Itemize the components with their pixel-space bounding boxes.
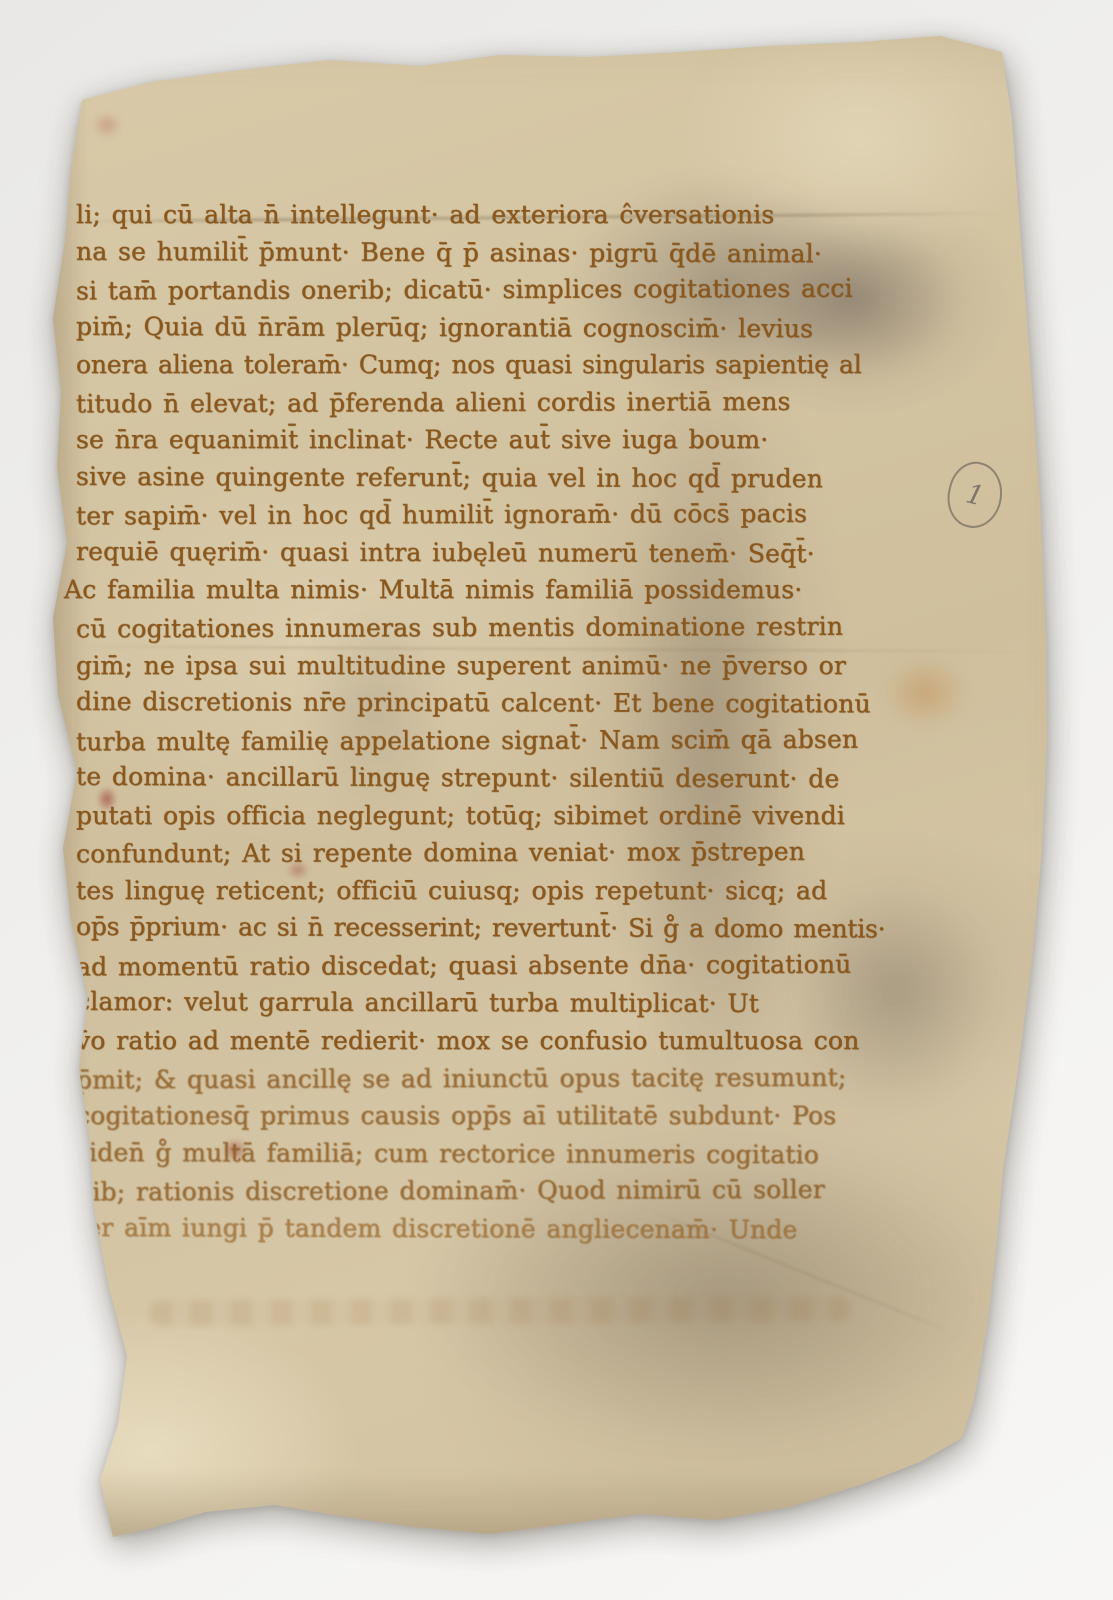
manuscript-line: se n̄ra equanimit̄ inclinat· Recte aut̄ … [76,421,842,459]
fold-crease-vertical [0,0,3,330]
bottom-edge-shading [90,1470,990,1540]
manuscript-line: tes linguę reticent; officiū cuiusq; opi… [76,872,842,910]
manuscript-line: siden̄ g̊ multā familiā; cum rectorice i… [76,1133,842,1173]
manuscript-line: requiē quęrim̄· quasi intra iubęleū nume… [76,533,842,573]
manuscript-line: pim̄; Quia dū n̄rām plerūq; ignorantiā c… [76,307,842,347]
manuscript-line: confundunt; At si repente domina veniat·… [76,833,842,873]
red-stain-top-left [92,112,122,138]
manuscript-line: si tam̄ portandis onerib; dicatū· simpli… [76,270,842,310]
manuscript-line: clamor: velut garrula ancillarū turba mu… [76,983,842,1023]
orange-stain-right-margin [880,655,970,730]
manuscript-line: cogitationesq̄ primus causis opp̄s aī ut… [76,1097,842,1135]
erased-text-traces [150,1296,850,1327]
manuscript-line: turba multę familię appelatione signat̄·… [76,720,842,760]
folio-number: 1 [963,478,987,512]
manuscript-line: cū cogitationes innumeras sub mentis dom… [76,608,842,648]
manuscript-line: onera aliena toleram̄· Cumq; nos quasi s… [76,346,842,384]
manuscript-line: v̄o ratio ad mentē redierit· mox se conf… [76,1022,842,1060]
manuscript-line: Ac familia multa nimis· Multā nimis fami… [64,571,842,609]
manuscript-line: li; qui cū alta n̄ intellegunt· ad exter… [76,196,842,234]
manuscript-line: putati opis officia neglegunt; totūq; si… [76,797,842,835]
manuscript-line: ad momentū ratio discedat; quasi absente… [76,946,842,986]
manuscript-line: p̄mit; & quasi ancillę se ad iniunctū op… [76,1058,842,1098]
manuscript-line: te domina· ancillarū linguę strepunt· si… [76,758,842,798]
manuscript-line: nib; rationis discretione dominam̄· Quod… [76,1171,842,1211]
manuscript-line: titudo n̄ elevat; ad p̄ferenda alieni co… [76,382,842,422]
manuscript-line: sive asine quingente referunt̄; quia vel… [76,458,842,498]
manuscript-line: dine discretionis nr̄e principatū calcen… [76,683,842,723]
manuscript-line: gim̄; ne ipsa sui multitudine superent a… [76,647,842,685]
manuscript-line: ter aīm iungi p̄ tandem discretionē angl… [76,1209,842,1249]
parchment-shadow-wrap: li; qui cū alta n̄ intellegunt· ad exter… [0,0,1113,1600]
manuscript-line: ter sapim̄· vel in hoc qd̄ humilit̄ igno… [76,495,842,535]
parchment-leaf: li; qui cū alta n̄ intellegunt· ad exter… [0,0,1113,1600]
manuscript-line: na se humilit̄ p̄munt· Bene q̄ p̄ asinas… [76,232,842,272]
text-block: li; qui cū alta n̄ intellegunt· ad exter… [76,196,842,1247]
manuscript-line: op̄s p̄prium· ac si n̄ recesserint; reve… [76,908,842,948]
manuscript-photo: li; qui cū alta n̄ intellegunt· ad exter… [0,0,1113,1600]
